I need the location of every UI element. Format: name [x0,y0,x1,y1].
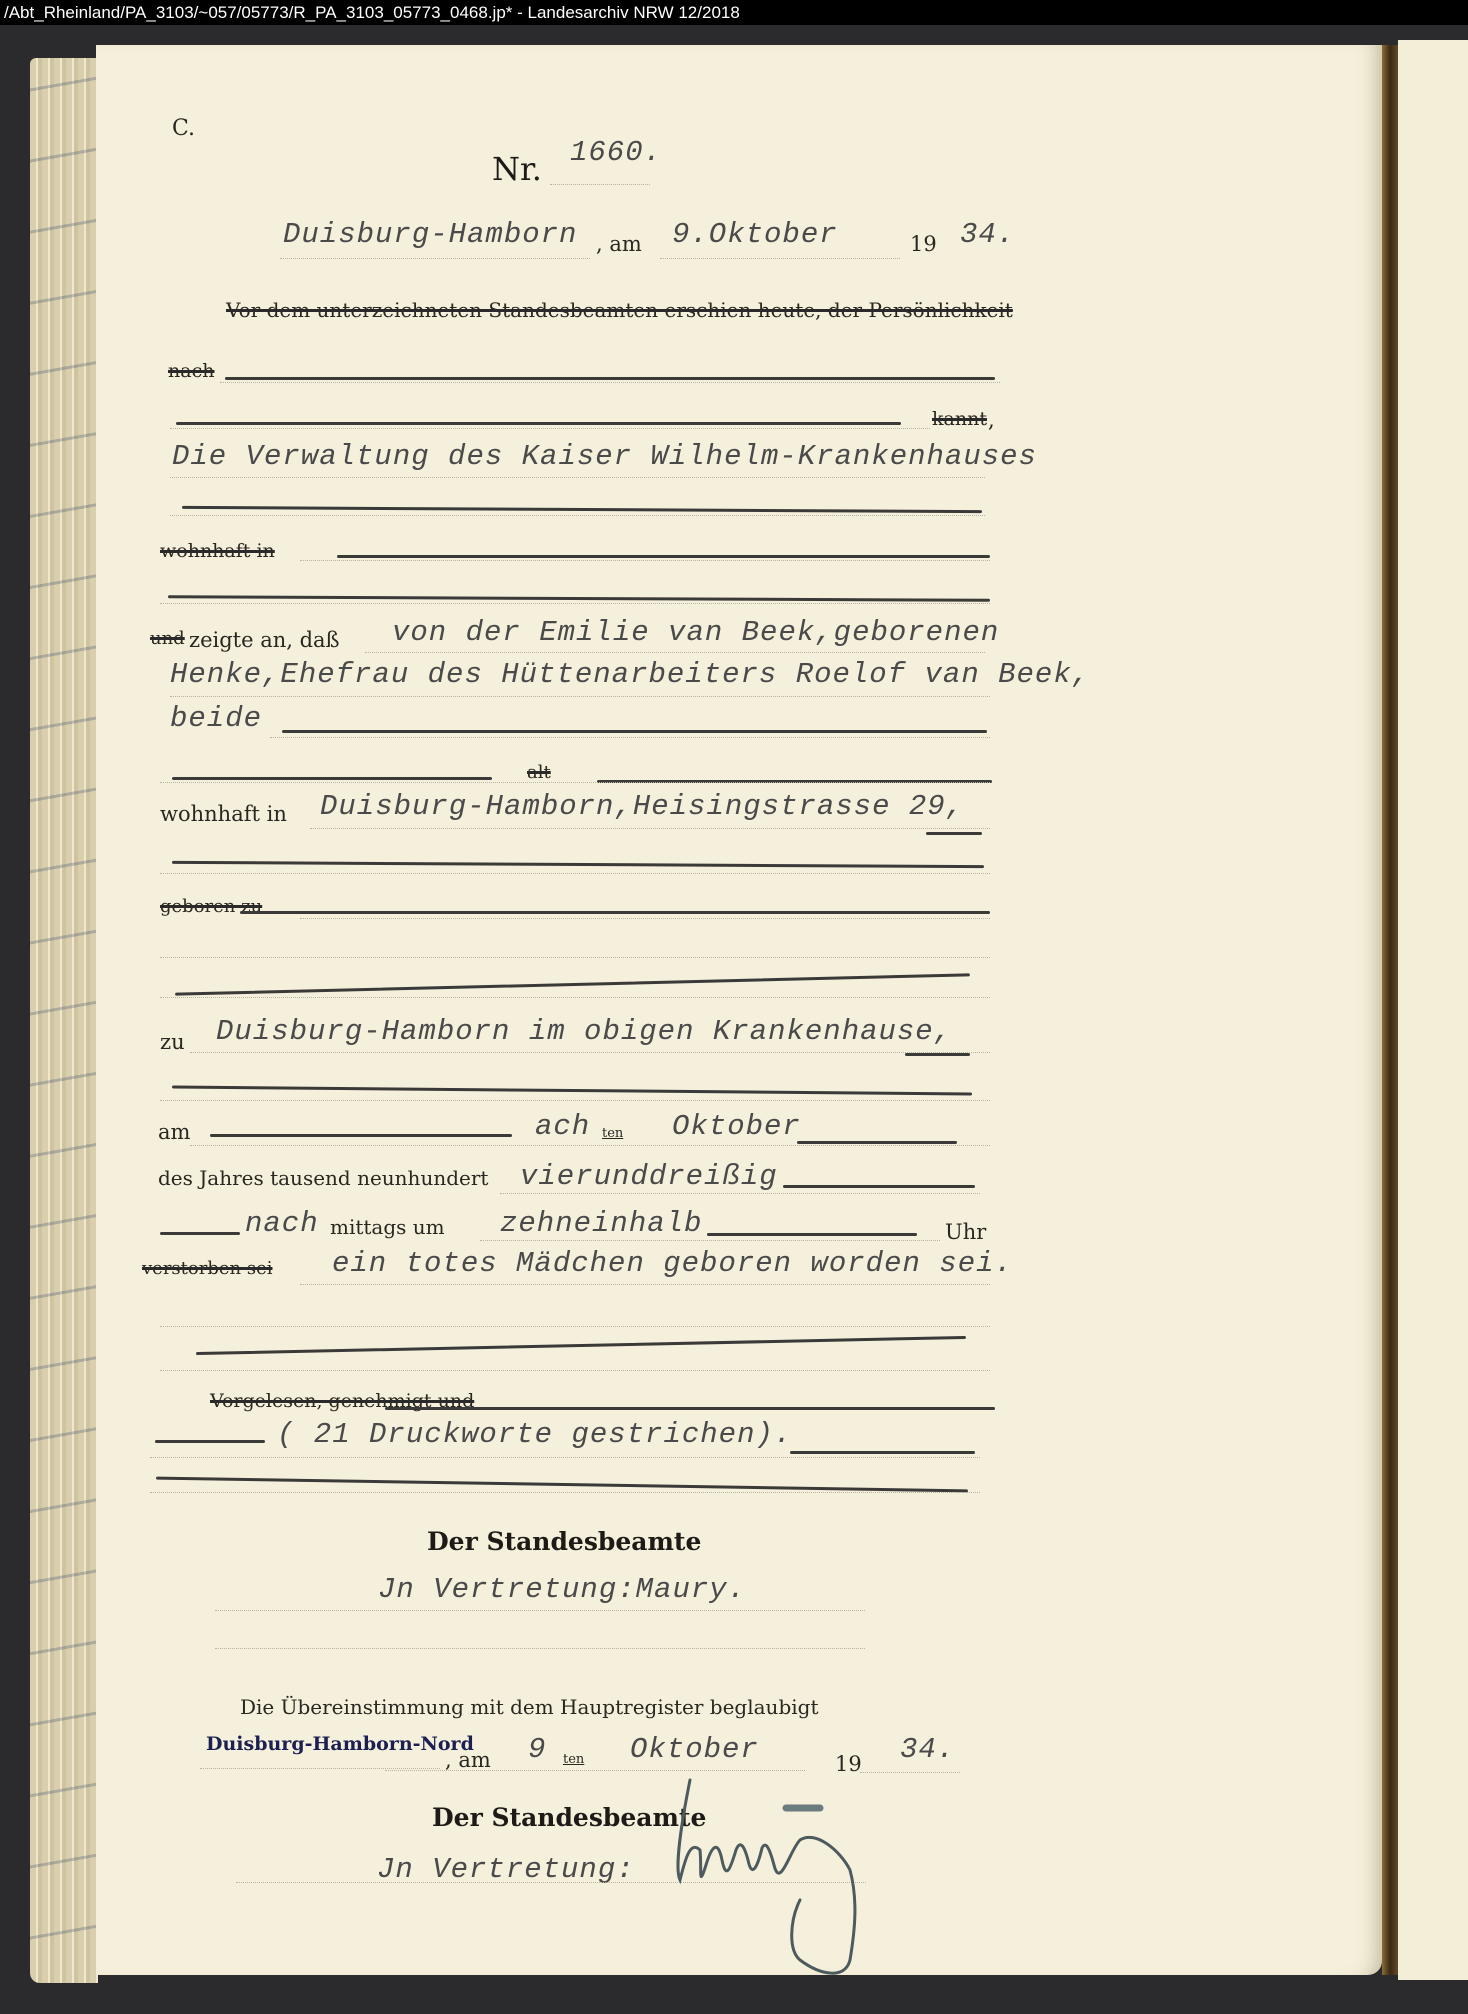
address: Duisburg-Hamborn,Heisingstrasse 29, [320,790,964,823]
birth-place: Duisburg-Hamborn im obigen Krankenhause, [216,1015,952,1048]
struck-wohnhaft: wohnhaft in [160,540,275,562]
window-title: /Abt_Rheinland/PA_3103/~057/05773/R_PA_3… [4,3,740,22]
year-suffix: 34. [960,218,1015,251]
book-page-edges [30,58,98,1983]
cert-ten-suffix: ten [563,1752,584,1767]
certification-text: Die Übereinstimmung mit dem Hauptregiste… [240,1695,818,1719]
informant: Die Verwaltung des Kaiser Wilhelm-Kranke… [172,440,1037,473]
struck-verstorben: verstorben sei [142,1258,272,1279]
document-page [96,45,1382,1975]
registration-date: 9.Oktober [672,218,838,251]
cert-year-suffix: 34. [900,1733,955,1766]
struck-alt: alt [527,762,551,783]
struck-nach: nach [168,360,214,382]
uhr-label: Uhr [945,1220,986,1244]
window-title-bar: /Abt_Rheinland/PA_3103/~057/05773/R_PA_3… [0,0,1468,25]
record-number: 1660. [570,136,662,169]
am2-label: am [158,1120,190,1144]
wohnhaft-label: wohnhaft in [160,802,287,826]
ten-suffix: ten [602,1126,623,1141]
struck-intro-text: Vor dem unterzeichneten Standesbeamten e… [226,298,1013,322]
next-page-edge [1398,40,1468,1980]
registration-place: Duisburg-Hamborn [283,218,577,251]
jahres-label: des Jahres tausend neunhundert [158,1166,488,1190]
nr-label: Nr. [492,150,542,188]
year-prefix: 19 [910,232,937,256]
comma: , [988,408,995,432]
am-label: , am [596,232,642,256]
mittags-label: mittags um [330,1215,445,1239]
year-word: vierunddreißig [520,1160,778,1193]
official-representative: Jn Vertretung:Maury. [378,1573,746,1606]
mother-line-2: Henke,Ehefrau des Hüttenarbeiters Roelof… [170,658,1090,691]
signature [640,1770,980,1990]
struck-count: ( 21 Druckworte gestrichen). [277,1418,792,1451]
cert-day: 9 [528,1733,546,1766]
cert-month: Oktober [630,1733,759,1766]
official-title: Der Standesbeamte [427,1527,701,1556]
struck-und: und [150,628,185,649]
struck-kannt: kannt [932,408,987,430]
zu-label: zu [160,1030,185,1054]
register-letter: C. [172,116,195,141]
mother-line-1: von der Emilie van Beek,geborenen [392,616,999,649]
office-stamp: Duisburg-Hamborn-Nord [206,1733,474,1755]
time-word: zehneinhalb [500,1207,702,1240]
cert-am-label: , am [445,1748,491,1772]
birth-month: Oktober [672,1110,801,1143]
beide: beide [170,702,262,735]
nach-typed: nach [245,1207,319,1240]
zeigte-label: zeigte an, daß [189,628,340,652]
day-word: ach [535,1110,590,1143]
event-text: ein totes Mädchen geboren worden sei. [332,1247,1013,1280]
